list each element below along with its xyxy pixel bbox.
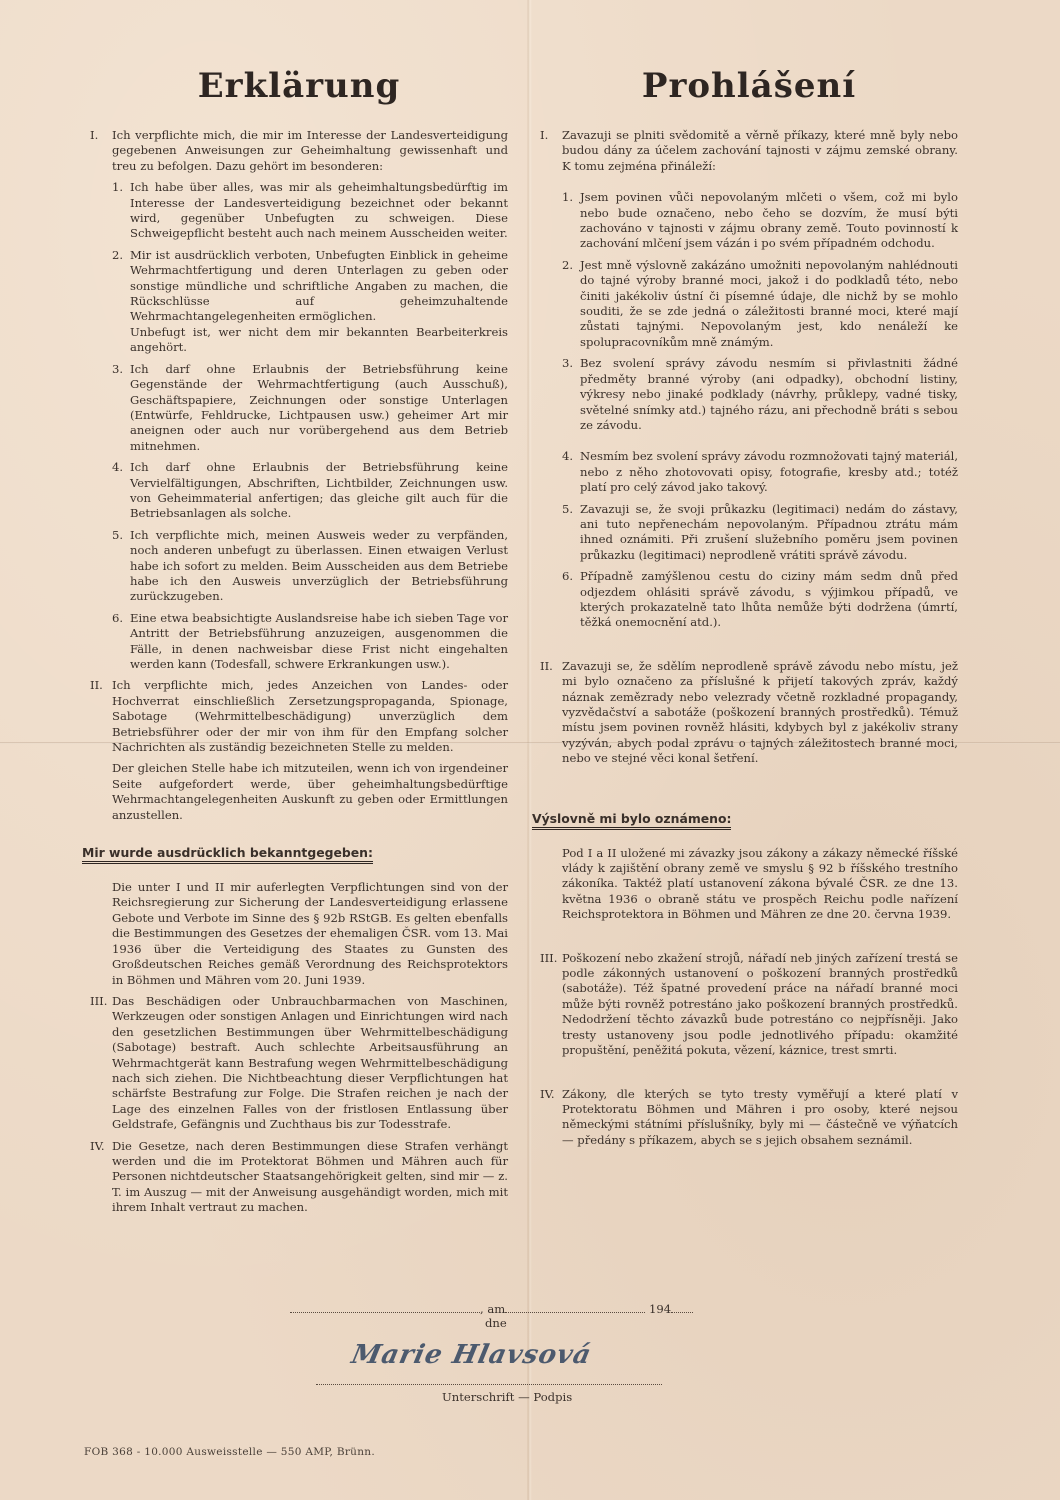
german-item-1: 1.Ich habe über alles, was mir als gehei… xyxy=(90,180,508,242)
czech-item-4: 4.Nesmím bez svolení správy závodu rozmn… xyxy=(540,449,958,495)
german-section-2: II.Ich verpflichte mich, jedes Anzeichen… xyxy=(90,678,508,755)
german-item-2: 2.Mir ist ausdrücklich verboten, Unbefug… xyxy=(90,248,508,325)
german-item-5: 5.Ich verpflichte mich, meinen Ausweis w… xyxy=(90,528,508,605)
date-sub-label: dne xyxy=(485,1316,710,1330)
year-field[interactable] xyxy=(671,1300,693,1313)
german-item-3: 3.Ich darf ohne Erlaubnis der Betriebsfü… xyxy=(90,362,508,454)
czech-column: Prohlášení I.Zavazuji se plniti svědomit… xyxy=(540,66,958,1154)
german-section-3: III.Das Beschädigen oder Unbrauchbarmach… xyxy=(90,994,508,1133)
czech-notice-heading: Výslovně mi bylo oznámeno: xyxy=(532,811,731,830)
german-column: Erklärung I. Ich verpflichte mich, die m… xyxy=(90,66,508,1222)
czech-notice-text: Pod I a II uložené mi závazky jsou zákon… xyxy=(540,846,958,923)
german-title: Erklärung xyxy=(90,66,508,110)
signature-label: Unterschrift — Podpis xyxy=(442,1390,572,1404)
german-item-6: 6.Eine etwa beabsichtigte Auslandsreise … xyxy=(90,611,508,673)
german-item-2-note: Unbefugt ist, wer nicht dem mir bekannte… xyxy=(90,325,508,356)
place-field[interactable] xyxy=(290,1300,480,1313)
czech-item-1: 1.Jsem povinen vůči nepovolaným mlčeti o… xyxy=(540,190,958,252)
czech-section-3: III.Poškození nebo zkažení strojů, nářad… xyxy=(540,951,958,1059)
czech-item-5: 5.Zavazuji se, že svoji průkazku (legiti… xyxy=(540,502,958,564)
signature-line[interactable] xyxy=(316,1384,662,1385)
date-field[interactable] xyxy=(505,1300,645,1313)
print-footer: FOB 368 - 10.000 Ausweisstelle — 550 AMP… xyxy=(84,1446,375,1458)
czech-item-3: 3.Bez svolení správy závodu nesmím si př… xyxy=(540,356,958,433)
czech-section-4: IV.Zákony, dle kterých se tyto tresty vy… xyxy=(540,1087,958,1149)
german-section-2-note: Der gleichen Stelle habe ich mitzuteilen… xyxy=(90,761,508,823)
handwritten-signature: Marie Hlavsová xyxy=(349,1340,595,1370)
german-section-4: IV.Die Gesetze, nach deren Bestimmungen … xyxy=(90,1139,508,1216)
german-notice-text: Die unter I und II mir auferlegten Verpf… xyxy=(90,880,508,988)
german-item-4: 4.Ich darf ohne Erlaubnis der Betriebsfü… xyxy=(90,460,508,522)
czech-title: Prohlášení xyxy=(540,66,958,110)
czech-item-2: 2.Jest mně výslovně zakázáno umožniti ne… xyxy=(540,258,958,350)
czech-section-2: II.Zavazuji se, že sdělím neprodleně spr… xyxy=(540,659,958,767)
czech-item-6: 6.Případně zamýšlenou cestu do ciziny má… xyxy=(540,569,958,631)
german-section-1: I. Ich verpflichte mich, die mir im Inte… xyxy=(90,128,508,174)
czech-section-1: I.Zavazuji se plniti svědomitě a věrně p… xyxy=(540,128,958,174)
german-notice-heading: Mir wurde ausdrücklich bekanntgegeben: xyxy=(82,845,373,864)
date-place-line: , am 194 dne xyxy=(290,1300,710,1330)
